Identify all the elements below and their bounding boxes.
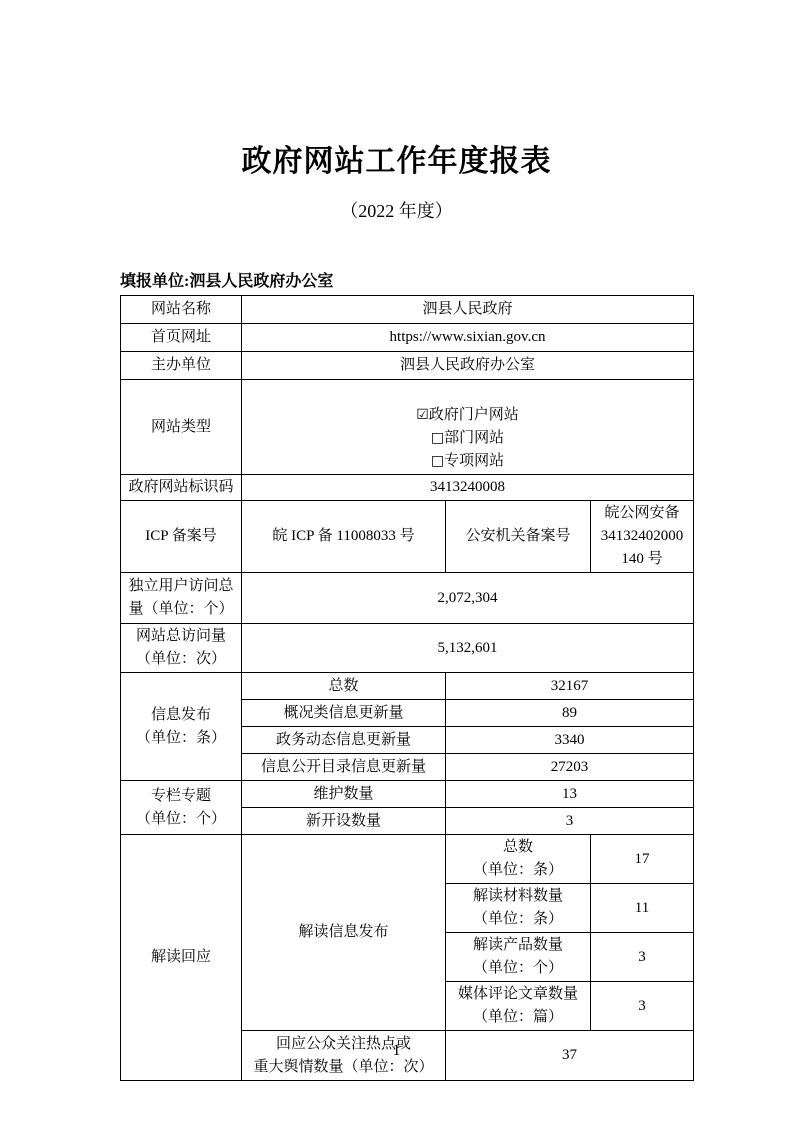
- interpretation-materials-label: 解读材料数量 （单位：条）: [446, 884, 591, 933]
- interpretation-total-value: 17: [591, 835, 694, 884]
- homepage-url-label: 首页网址: [121, 324, 242, 352]
- info-publish-news-value: 3340: [446, 727, 694, 754]
- row-site-type: 网站类型 ☑政府门户网站 □部门网站 □专项网站: [121, 380, 694, 475]
- homepage-url-value: https://www.sixian.gov.cn: [242, 324, 694, 352]
- unchecked-checkbox-icon: □: [431, 453, 444, 469]
- special-columns-label: 专栏专题 （单位：个）: [121, 781, 242, 835]
- option-special: □专项网站: [431, 450, 504, 473]
- page-subtitle: （2022 年度）: [0, 197, 793, 223]
- special-columns-maintained-value: 13: [446, 781, 694, 808]
- row-unique-visitors: 独立用户访问总 量（单位：个） 2,072,304: [121, 573, 694, 624]
- unchecked-checkbox-icon: □: [431, 430, 444, 446]
- interpretation-products-label: 解读产品数量 （单位：个）: [446, 933, 591, 982]
- option-portal: ☑政府门户网站: [416, 404, 519, 427]
- row-interpretation-total: 解读回应 解读信息发布 总数 （单位：条） 17: [121, 835, 694, 884]
- option-department-label: 部门网站: [444, 430, 504, 446]
- interpretation-media-label: 媒体评论文章数量 （单位：篇）: [446, 982, 591, 1031]
- row-host-unit: 主办单位 泗县人民政府办公室: [121, 352, 694, 380]
- checked-checkbox-icon: ☑: [416, 407, 429, 423]
- document-page: 政府网站工作年度报表 （2022 年度） 填报单位:泗县人民政府办公室 网站名称…: [0, 0, 793, 1122]
- info-publish-label: 信息发布 （单位：条）: [121, 673, 242, 781]
- interpretation-materials-value: 11: [591, 884, 694, 933]
- row-special-columns-maintained: 专栏专题 （单位：个） 维护数量 13: [121, 781, 694, 808]
- page-title: 政府网站工作年度报表: [0, 136, 793, 180]
- host-unit-label: 主办单位: [121, 352, 242, 380]
- option-special-label: 专项网站: [444, 453, 504, 469]
- interpretation-media-value: 3: [591, 982, 694, 1031]
- total-visits-value: 5,132,601: [242, 624, 694, 673]
- option-department: □部门网站: [431, 427, 504, 450]
- option-portal-label: 政府门户网站: [429, 407, 519, 423]
- special-columns-new-label: 新开设数量: [242, 808, 446, 835]
- special-columns-maintained-label: 维护数量: [242, 781, 446, 808]
- site-type-label: 网站类型: [121, 380, 242, 475]
- security-filing-value: 皖公网安备 34132402000 140 号: [591, 501, 694, 573]
- info-publish-overview-label: 概况类信息更新量: [242, 700, 446, 727]
- page-number: 1: [0, 1042, 793, 1060]
- host-unit-value: 泗县人民政府办公室: [242, 352, 694, 380]
- site-type-options: ☑政府门户网站 □部门网站 □专项网站: [242, 380, 694, 475]
- icp-value: 皖 ICP 备 11008033 号: [242, 501, 446, 573]
- row-info-publish-total: 信息发布 （单位：条） 总数 32167: [121, 673, 694, 700]
- info-publish-catalog-label: 信息公开目录信息更新量: [242, 754, 446, 781]
- interpretation-total-label: 总数 （单位：条）: [446, 835, 591, 884]
- row-icp: ICP 备案号 皖 ICP 备 11008033 号 公安机关备案号 皖公网安备…: [121, 501, 694, 573]
- annual-report-table: 网站名称 泗县人民政府 首页网址 https://www.sixian.gov.…: [120, 295, 694, 1081]
- security-filing-label: 公安机关备案号: [446, 501, 591, 573]
- info-publish-overview-value: 89: [446, 700, 694, 727]
- site-code-value: 3413240008: [242, 475, 694, 501]
- info-publish-catalog-value: 27203: [446, 754, 694, 781]
- unique-visitors-value: 2,072,304: [242, 573, 694, 624]
- interpretation-products-value: 3: [591, 933, 694, 982]
- info-publish-total-label: 总数: [242, 673, 446, 700]
- row-total-visits: 网站总访问量 （单位：次） 5,132,601: [121, 624, 694, 673]
- site-name-value: 泗县人民政府: [242, 296, 694, 324]
- site-name-label: 网站名称: [121, 296, 242, 324]
- total-visits-label: 网站总访问量 （单位：次）: [121, 624, 242, 673]
- interpretation-publish-label: 解读信息发布: [242, 835, 446, 1031]
- info-publish-total-value: 32167: [446, 673, 694, 700]
- special-columns-new-value: 3: [446, 808, 694, 835]
- site-code-label: 政府网站标识码: [121, 475, 242, 501]
- reporting-unit-label: 填报单位:泗县人民政府办公室: [120, 268, 333, 291]
- row-site-code: 政府网站标识码 3413240008: [121, 475, 694, 501]
- icp-label: ICP 备案号: [121, 501, 242, 573]
- row-homepage-url: 首页网址 https://www.sixian.gov.cn: [121, 324, 694, 352]
- unique-visitors-label: 独立用户访问总 量（单位：个）: [121, 573, 242, 624]
- row-site-name: 网站名称 泗县人民政府: [121, 296, 694, 324]
- info-publish-news-label: 政务动态信息更新量: [242, 727, 446, 754]
